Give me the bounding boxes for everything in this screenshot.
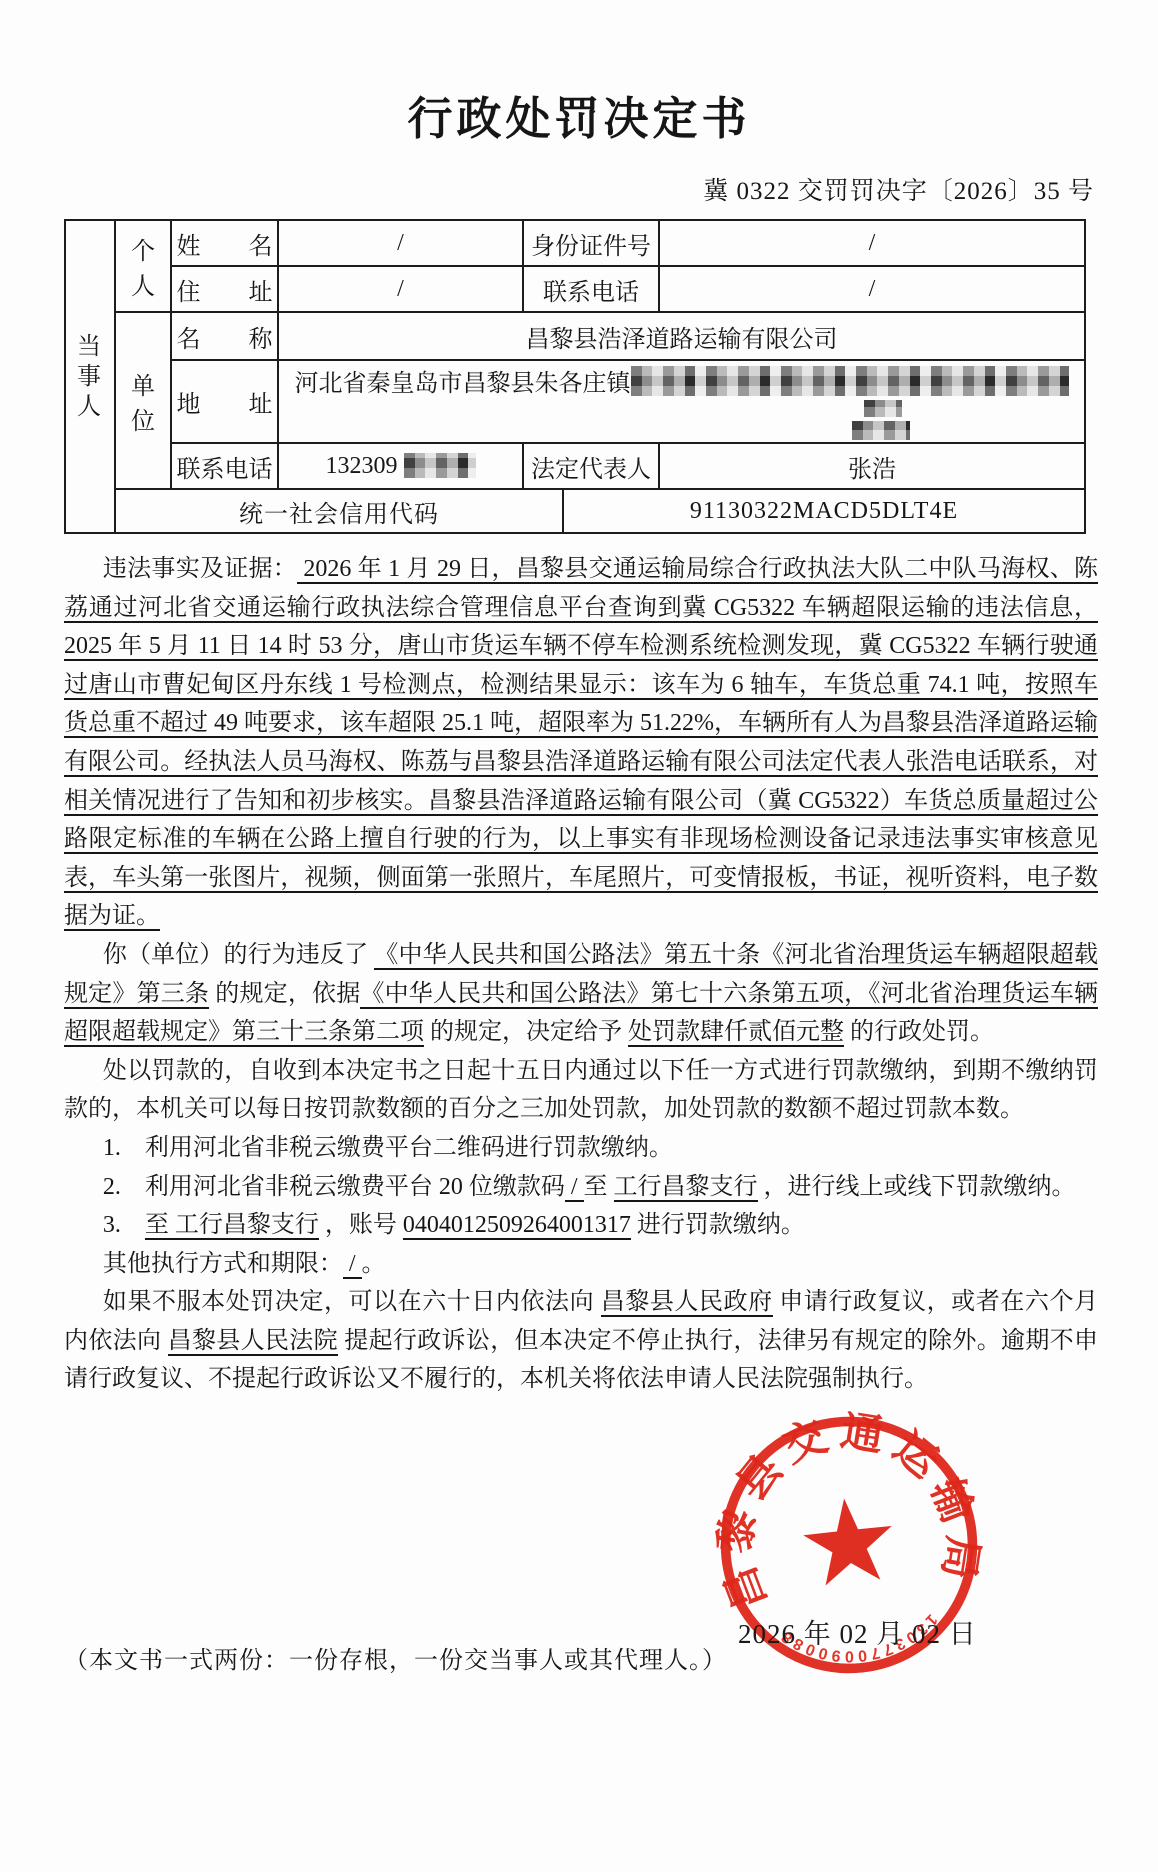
- unit-group-cell: 单位: [115, 312, 171, 489]
- underlined-text: 昌黎县人民法院: [168, 1328, 338, 1356]
- underlined-text: 昌黎县人民政府: [601, 1289, 773, 1317]
- underlined-text: /: [343, 1251, 362, 1279]
- person-group-cell: 个人: [115, 220, 171, 312]
- body-paragraph: 其他执行方式和期限： / 。: [64, 1245, 1098, 1284]
- body-paragraph: 违法事实及证据： 2026 年 1 月 29 日，昌黎县交通运输局综合行政执法大…: [64, 550, 1098, 936]
- body-paragraph: 2. 利用河北省非税云缴费平台 20 位缴款码 / 至 工行昌黎支行 ，进行线上…: [64, 1168, 1098, 1207]
- redaction-mosaic: [852, 421, 910, 440]
- plain-text: 你（单位）的行为违反了: [103, 942, 375, 968]
- legal-rep-label: 法定代表人: [523, 443, 659, 489]
- plain-text: 。: [362, 1251, 386, 1277]
- party-info-table: 当事人 个人 姓 名 / 身份证件号 / 住 址 / 联系电话 / 单位 名 称…: [64, 219, 1086, 534]
- plain-text: ，进行线上或线下罚款缴纳。: [758, 1174, 1076, 1200]
- plain-text: 3.: [103, 1212, 145, 1238]
- underlined-text: 处罚款肆仟贰佰元整: [628, 1019, 844, 1047]
- document-number: 冀 0322 交罚罚决字〔2026〕35 号: [0, 171, 1094, 207]
- person-address-value: /: [278, 266, 523, 312]
- unit-name-value: 昌黎县浩泽道路运输有限公司: [278, 312, 1085, 360]
- person-id-value: /: [659, 220, 1085, 266]
- underlined-text: 至 工行昌黎支行: [145, 1212, 319, 1240]
- plain-text: 至: [584, 1174, 614, 1200]
- plain-text: 的规定，决定给予: [424, 1019, 628, 1045]
- underlined-text: 工行昌黎支行: [614, 1174, 758, 1202]
- credit-code-label: 统一社会信用代码: [115, 489, 563, 533]
- person-address-label: 住 址: [171, 266, 278, 312]
- plain-text: 的行政处罚。: [844, 1019, 994, 1045]
- unit-phone-text: 132309: [326, 453, 398, 479]
- underlined-text: 2026 年 1 月 29 日，昌黎县交通运输局综合行政执法大队二中队马海权、陈…: [64, 556, 1098, 931]
- unit-phone-value: 132309: [278, 443, 523, 489]
- person-id-label: 身份证件号: [523, 220, 659, 266]
- unit-address-label: 地 址: [171, 360, 278, 443]
- plain-text: 处以罚款的，自收到本决定书之日起十五日内通过以下任一方式进行罚款缴纳，到期不缴纳…: [64, 1058, 1098, 1123]
- redaction-mosaic: [864, 400, 902, 417]
- plain-text: 其他执行方式和期限：: [103, 1251, 343, 1277]
- decision-date: 2026 年 02 月 02 日: [738, 1612, 977, 1651]
- document-title: 行政处罚决定书: [0, 0, 1158, 147]
- redaction-mosaic: [404, 453, 476, 478]
- plain-text: 2. 利用河北省非税云缴费平台 20 位缴款码: [103, 1174, 565, 1200]
- person-name-value: /: [278, 220, 523, 266]
- plain-text: 违法事实及证据：: [103, 556, 297, 582]
- body-paragraph: 如果不服本处罚决定，可以在六十日内依法向 昌黎县人民政府 申请行政复议，或者在六…: [64, 1283, 1098, 1399]
- body-text: 违法事实及证据： 2026 年 1 月 29 日，昌黎县交通运输局综合行政执法大…: [64, 550, 1098, 1399]
- body-paragraph: 处以罚款的，自收到本决定书之日起十五日内通过以下任一方式进行罚款缴纳，到期不缴纳…: [64, 1052, 1098, 1129]
- plain-text: 如果不服本处罚决定，可以在六十日内依法向: [103, 1289, 601, 1315]
- person-phone-value: /: [659, 266, 1085, 312]
- plain-text: 的规定，依据: [209, 981, 360, 1007]
- plain-text: 1. 利用河北省非税云缴费平台二维码进行罚款缴纳。: [103, 1135, 673, 1161]
- seal-star-icon: [800, 1494, 897, 1588]
- body-paragraph: 你（单位）的行为违反了 《中华人民共和国公路法》第五十条《河北省治理货运车辆超限…: [64, 936, 1098, 1052]
- person-name-label: 姓 名: [171, 220, 278, 266]
- credit-code-value: 91130322MACD5DLT4E: [563, 489, 1085, 533]
- redaction-mosaic: [631, 366, 1069, 396]
- unit-phone-label: 联系电话: [171, 443, 278, 489]
- plain-text: ，账号: [319, 1212, 403, 1238]
- footer-note: （本文书一式两份：一份存根，一份交当事人或其代理人。）: [64, 1640, 727, 1675]
- body-paragraph: 3. 至 工行昌黎支行 ，账号 0404012509264001317 进行罚款…: [64, 1206, 1098, 1245]
- penalty-decision-document: 行政处罚决定书 冀 0322 交罚罚决字〔2026〕35 号 当事人 个人 姓 …: [0, 0, 1158, 1872]
- underlined-text: 0404012509264001317: [403, 1212, 631, 1240]
- unit-address-text: 河北省秦皇岛市昌黎县朱各庄镇: [295, 371, 631, 397]
- unit-address-value: 河北省秦皇岛市昌黎县朱各庄镇: [278, 360, 1085, 443]
- legal-rep-value: 张浩: [659, 443, 1085, 489]
- unit-name-label: 名 称: [171, 312, 278, 360]
- person-phone-label: 联系电话: [523, 266, 659, 312]
- body-paragraph: 1. 利用河北省非税云缴费平台二维码进行罚款缴纳。: [64, 1129, 1098, 1168]
- underlined-text: /: [565, 1174, 584, 1202]
- party-group-cell: 当事人: [65, 220, 115, 533]
- plain-text: 进行罚款缴纳。: [631, 1212, 805, 1238]
